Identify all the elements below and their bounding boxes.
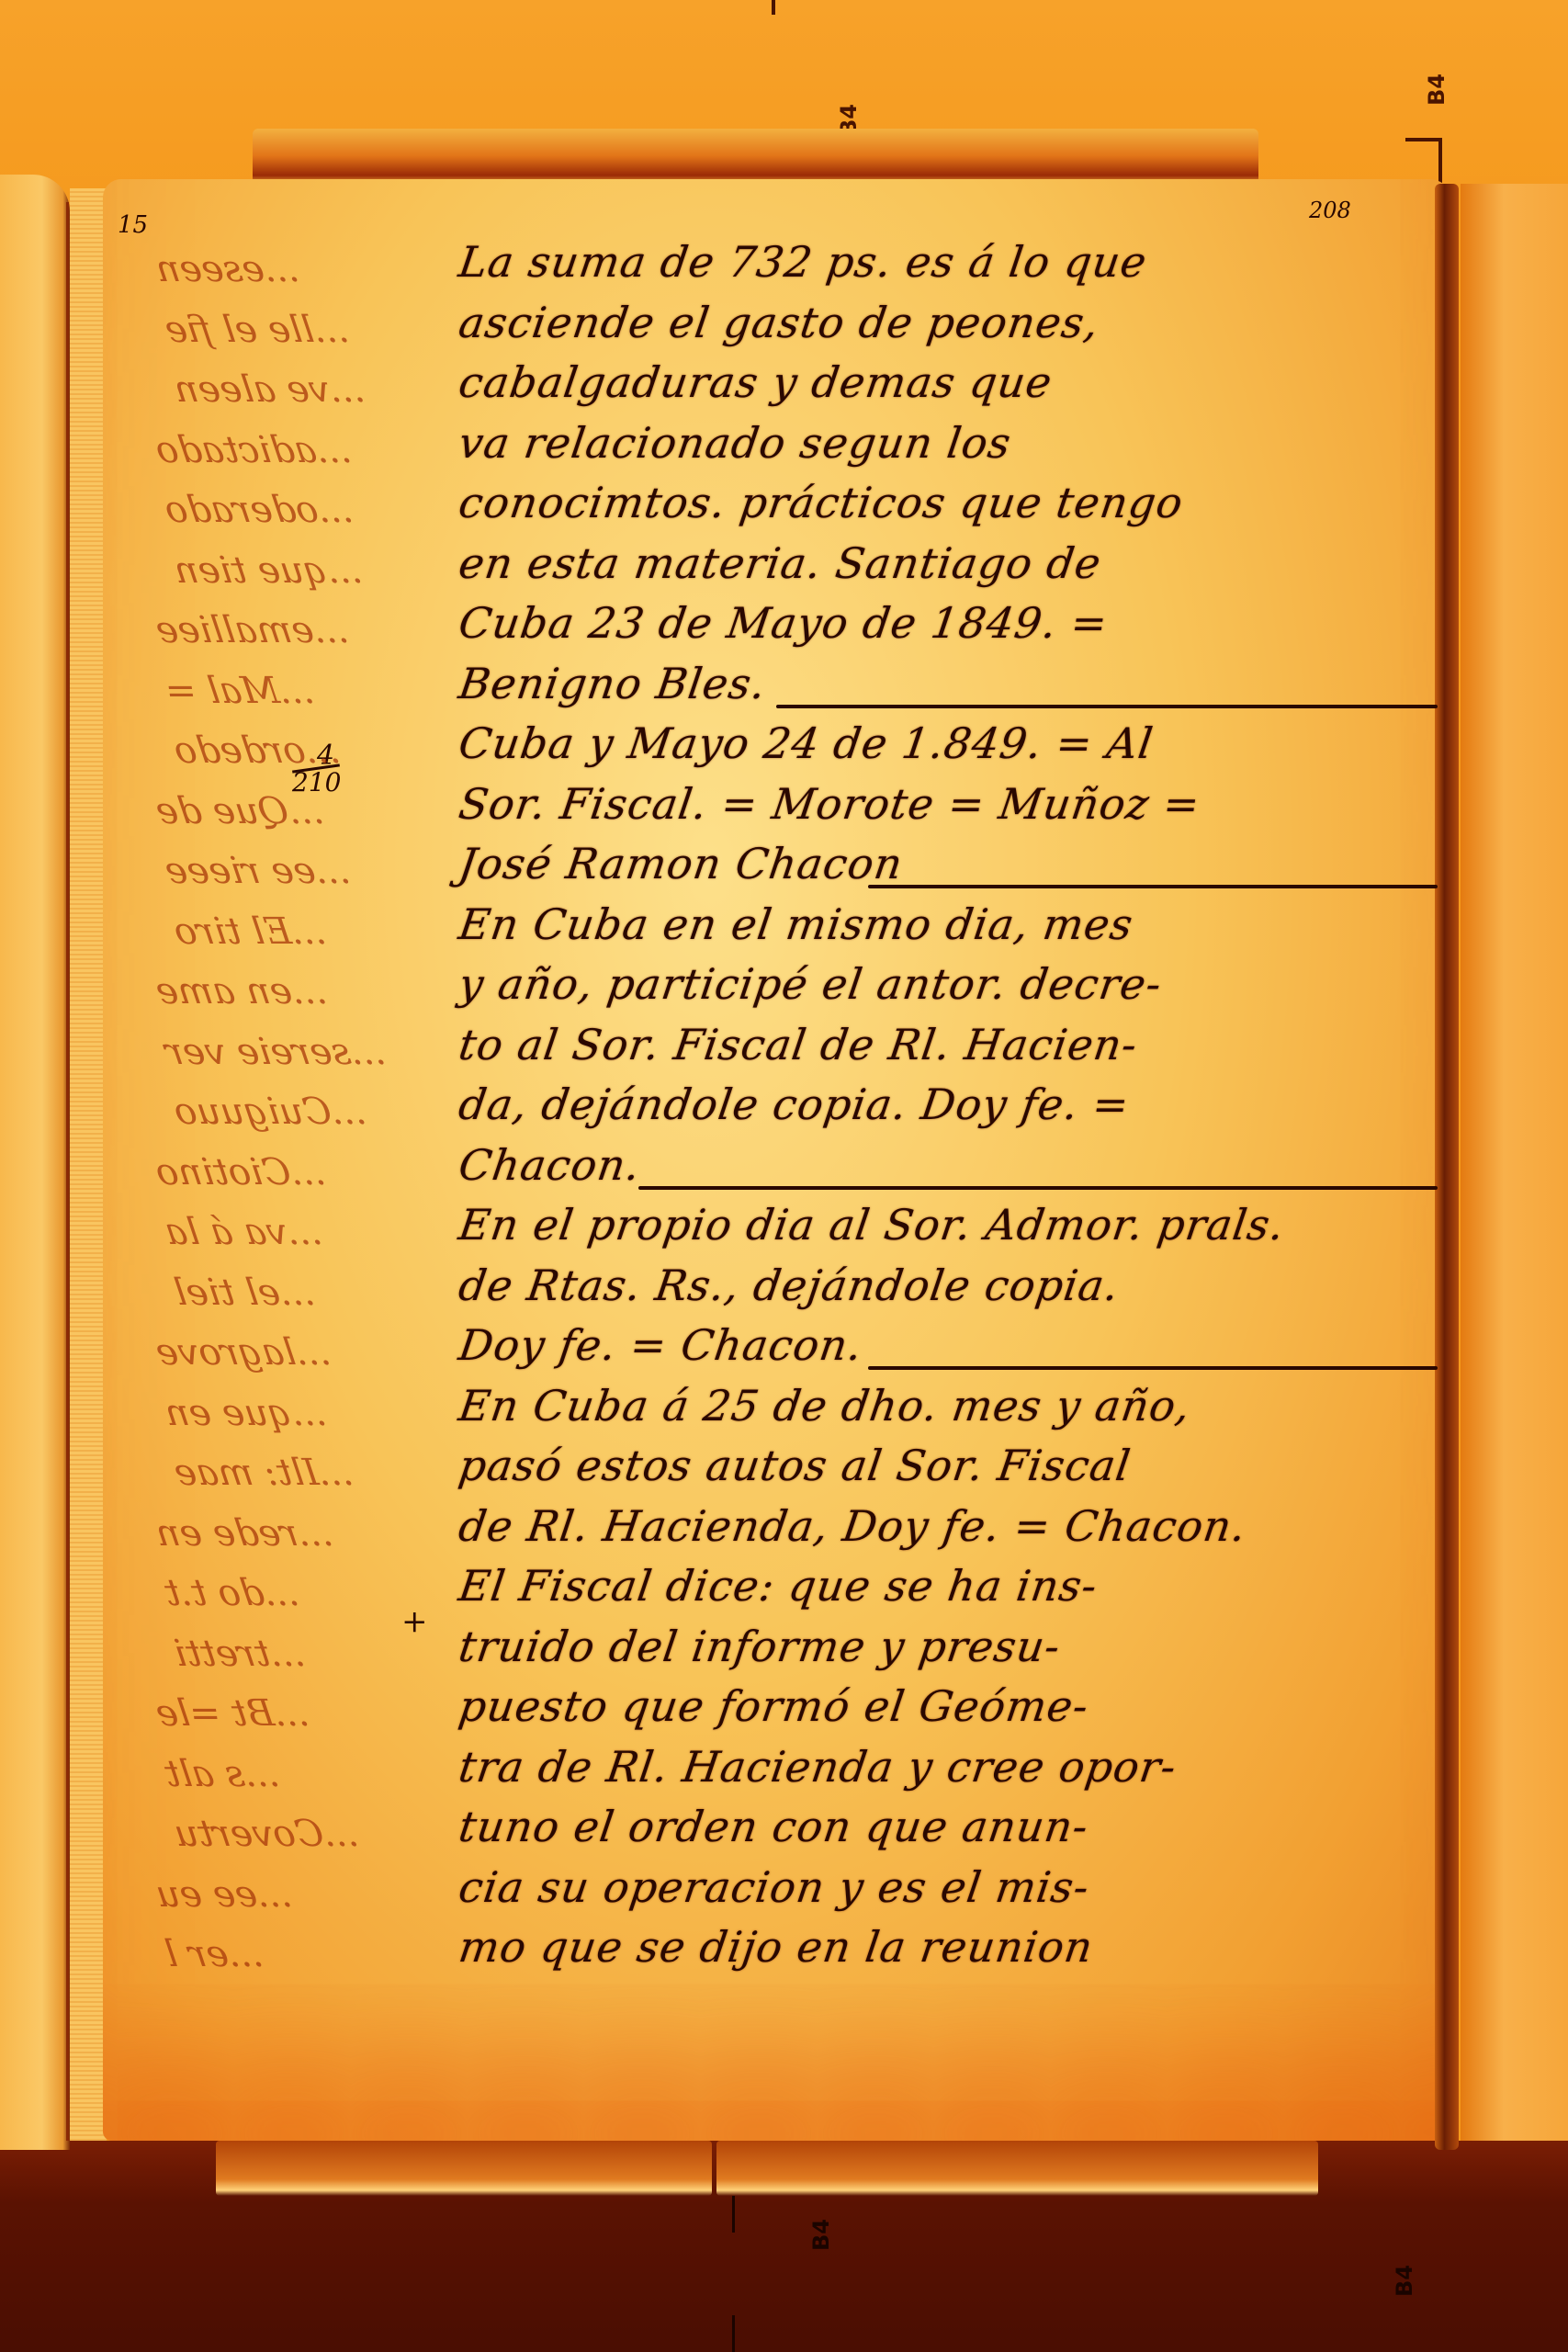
bleed-through-line: ...s alt bbox=[163, 1753, 283, 1795]
manuscript-line: La suma de 732 ps. es á lo que bbox=[456, 237, 1150, 287]
signature-rule-line bbox=[776, 705, 1438, 708]
bleed-through-line: ...el tiel bbox=[172, 1272, 318, 1314]
bleed-through-line: ...ee rieee bbox=[163, 850, 354, 892]
manuscript-line: to al Sor. Fiscal de Rl. Hacien- bbox=[456, 1020, 1141, 1069]
bleed-through-line: ...El tiro bbox=[172, 910, 329, 953]
bleed-through-line: ...rede en bbox=[153, 1512, 336, 1555]
manuscript-line: va relacionado segun los bbox=[456, 418, 1014, 468]
bleed-through-line: ...Bt =le bbox=[153, 1692, 312, 1735]
bleed-through-line: ...emalliee bbox=[153, 609, 352, 651]
folio-number: 208 bbox=[1309, 198, 1351, 223]
page-right-edge bbox=[1435, 184, 1459, 2150]
bleed-through-line: ...Ilt: mae bbox=[172, 1452, 356, 1494]
manuscript-line: pasó estos autos al Sor. Fiscal bbox=[456, 1441, 1134, 1490]
marker-tick-bottom bbox=[732, 2196, 735, 2233]
manuscript-line: En Cuba en el mismo dia, mes bbox=[456, 899, 1136, 949]
manuscript-line: asciende el gasto de peones, bbox=[456, 298, 1102, 347]
bleed-through-line: ...lagrove bbox=[153, 1331, 333, 1374]
manuscript-line: mo que se dijo en la reunion bbox=[456, 1922, 1096, 1972]
manuscript-line: tra de Rl. Hacienda y cree opor- bbox=[456, 1742, 1179, 1792]
bleed-through-line: ...lle el fie bbox=[163, 309, 352, 351]
bleed-through-line: ...tretti bbox=[172, 1633, 308, 1675]
manuscript-line: conocimtos. prácticos que tengo bbox=[456, 478, 1186, 527]
manuscript-line: El Fiscal dice: que se ha ins- bbox=[456, 1561, 1100, 1611]
manuscript-line: En el propio dia al Sor. Admor. prals. bbox=[456, 1200, 1288, 1249]
bleed-through-line: ...eseen bbox=[153, 248, 302, 290]
archive-marker-bottom-right: B4 bbox=[1392, 2265, 1417, 2297]
bleed-through-line: ...Ciotino bbox=[153, 1151, 329, 1193]
binding-spine bbox=[66, 202, 69, 2141]
manuscript-line: tuno el orden con que anun- bbox=[456, 1802, 1091, 1851]
bleed-through-line: ...ve aleen bbox=[172, 368, 367, 411]
manuscript-line: cabalgaduras y demas que bbox=[456, 357, 1055, 407]
manuscript-line: de Rtas. Rs., dejándole copia. bbox=[456, 1261, 1122, 1310]
manuscript-line: Benigno Bles. bbox=[456, 659, 769, 708]
bleed-through-line: ...va á la bbox=[163, 1211, 325, 1253]
previous-page-edge bbox=[0, 175, 70, 2150]
manuscript-line: truido del informe y presu- bbox=[456, 1622, 1064, 1671]
archive-marker-top-right: B4 bbox=[1424, 73, 1450, 106]
manuscript-line: en esta materia. Santiago de bbox=[456, 538, 1104, 588]
manuscript-line: y año, participé el antor. decre- bbox=[456, 959, 1165, 1009]
bleed-through-line: ...Covertu bbox=[172, 1813, 362, 1855]
bleed-through-line: ...oderado bbox=[163, 489, 356, 531]
bleed-through-line: ...sereie ver bbox=[163, 1031, 389, 1073]
signature-rule-line bbox=[868, 1366, 1438, 1370]
bleed-through-line: ...ee eu bbox=[153, 1873, 295, 1916]
signature-rule-line bbox=[638, 1186, 1438, 1190]
manuscript-line: puesto que formó el Geóme- bbox=[456, 1681, 1091, 1731]
manuscript-line: Cuba 23 de Mayo de 1849. = bbox=[456, 598, 1111, 648]
bleed-through-line: ...adictado bbox=[153, 429, 355, 471]
bleed-through-line: ...que tien bbox=[172, 549, 366, 592]
binding-gutter bbox=[70, 188, 107, 2141]
signature-rule-line bbox=[868, 885, 1438, 888]
manuscript-line: Cuba y Mayo 24 de 1.849. = Al bbox=[456, 718, 1156, 768]
archive-marker-bottom-left: B4 bbox=[808, 2219, 834, 2251]
manuscript-line: Sor. Fiscal. = Morote = Muñoz = bbox=[456, 779, 1203, 829]
margin-cross-mark: + bbox=[401, 1603, 428, 1640]
bleed-through-line: ...Mal = bbox=[163, 670, 317, 712]
bleed-through-line: ...do t.t bbox=[163, 1572, 302, 1614]
bottom-tape-strip-right bbox=[716, 2141, 1318, 2196]
manuscript-line: Chacon. bbox=[456, 1140, 644, 1190]
marker-tick-bottom-2 bbox=[732, 2315, 735, 2352]
manuscript-line: da, dejándole copia. Doy fe. = bbox=[456, 1080, 1133, 1129]
manuscript-line: cia su operacion y es el mis- bbox=[456, 1862, 1092, 1912]
background-right-paper bbox=[1461, 184, 1568, 2159]
bleed-through-line: ...en ame bbox=[153, 970, 330, 1012]
bleed-through-line: ...er l bbox=[163, 1933, 266, 1975]
bottom-tape-strip-left bbox=[216, 2141, 712, 2196]
manuscript-line: En Cuba á 25 de dho. mes y año, bbox=[456, 1381, 1193, 1430]
manuscript-line: Doy fe. = Chacon. bbox=[456, 1320, 865, 1370]
bleed-through-line: ...que en bbox=[163, 1392, 330, 1434]
marker-tick-top bbox=[772, 0, 775, 15]
top-tape-strip bbox=[253, 129, 1258, 184]
manuscript-line: José Ramon Chacon bbox=[456, 839, 906, 888]
bleed-through-line: ...Que de bbox=[153, 790, 327, 832]
bleed-through-line: ...Cuiguuo bbox=[172, 1091, 369, 1133]
page-mark-top-left: 15 bbox=[118, 211, 148, 239]
manuscript-line: de Rl. Hacienda, Doy fe. = Chacon. bbox=[456, 1501, 1249, 1551]
bleed-through-line: ...ordedo bbox=[172, 729, 344, 772]
